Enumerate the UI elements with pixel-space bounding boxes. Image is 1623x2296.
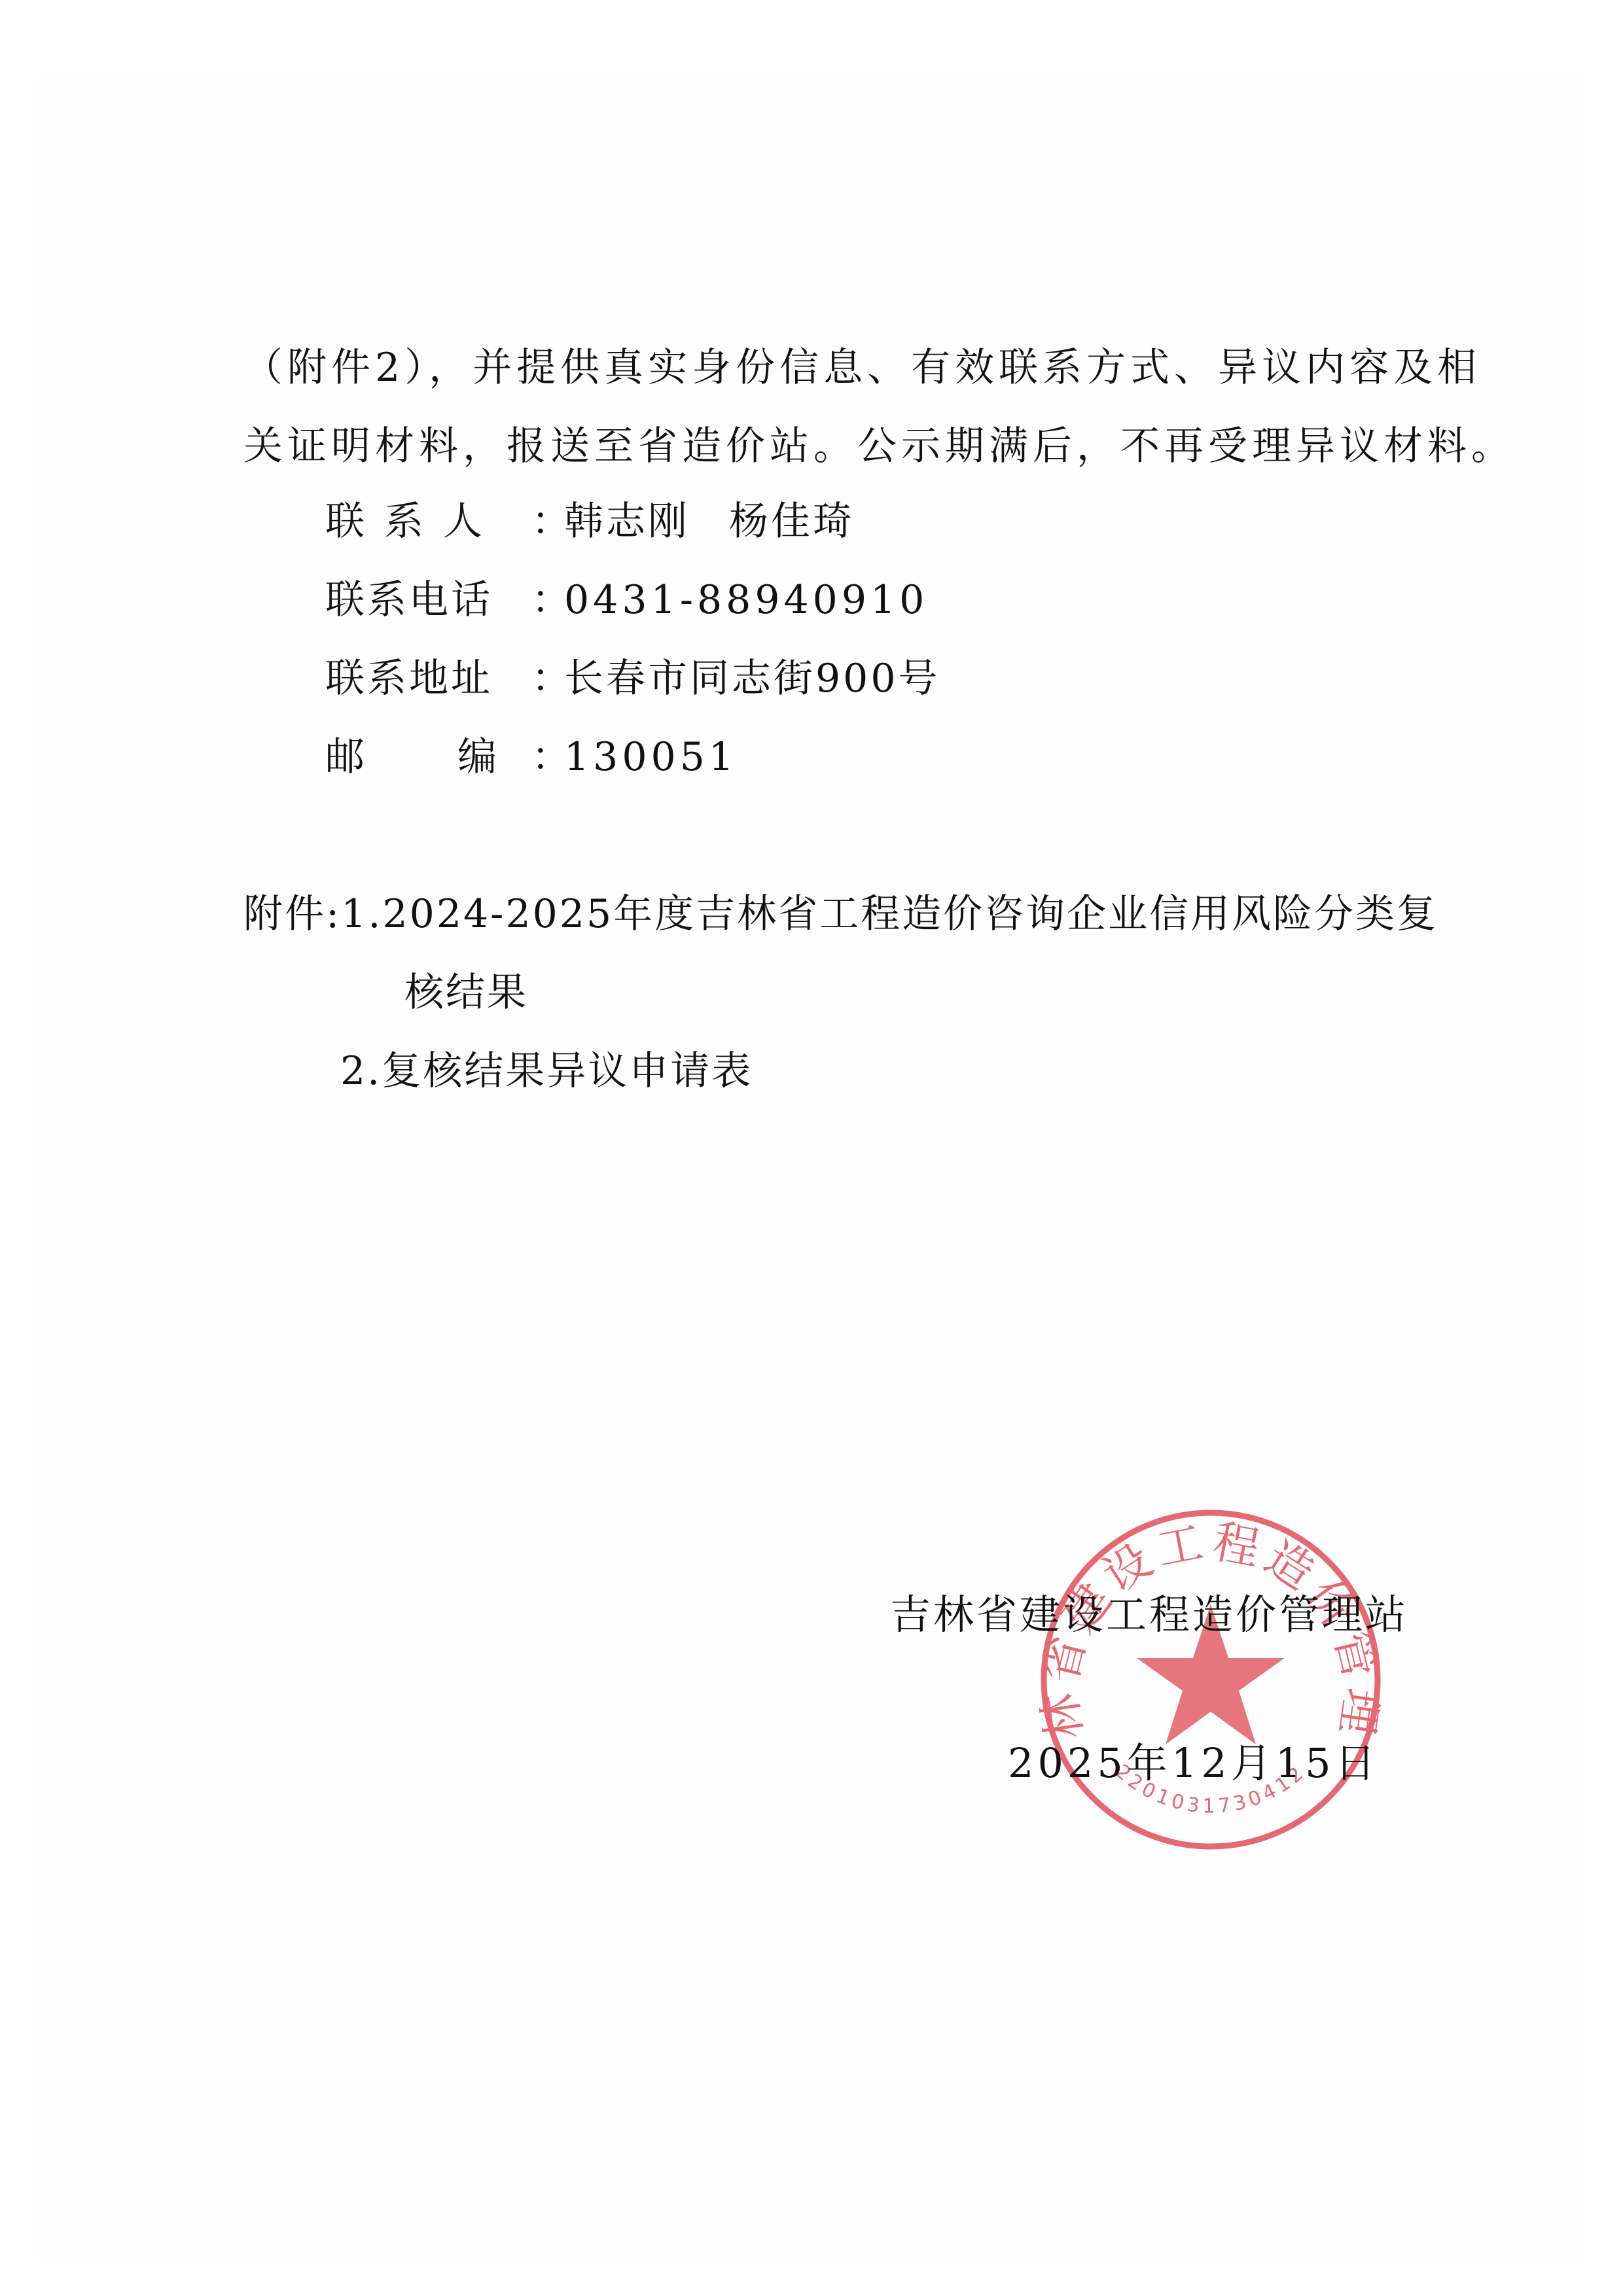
attachment-item-2: 2.复核结果异议申请表 [340,1045,753,1097]
attachment-title-2: 复核结果异议申请表 [382,1048,753,1094]
official-seal-stamp: 吉林省建设工程造价管理站 2201031730412 [1037,1506,1384,1853]
colon: ： [531,731,564,783]
body-paragraph-line-2: 关证明材料，报送至省造价站。公示期满后，不再受理异议材料。 [243,420,1515,472]
colon: ： [531,574,564,626]
contact-phone-label: 联系电话 [325,574,531,626]
signing-date: 2025年12月15日 [1008,1737,1380,1790]
document-page [39,79,1584,2257]
contact-person-label: 联系人 [325,495,531,548]
contact-address-value: 长春市同志街900号 [564,652,940,705]
contact-postcode-row: 邮编：130051 [325,731,738,783]
body-paragraph-line-1: （附件2），并提供真实身份信息、有效联系方式、异议内容及相 [243,342,1481,394]
attachment-title-1-line-1: 2024-2025年度吉林省工程造价咨询企业信用风险分类复 [382,891,1438,937]
signing-organization: 吉林省建设工程造价管理站 [890,1589,1408,1641]
contact-person-name-1: 韩志刚 [564,495,690,548]
contact-address-row: 联系地址：长春市同志街900号 [325,652,940,705]
contact-phone-value: 0431-88940910 [564,574,928,626]
attachment-number-2: 2. [340,1048,382,1094]
attachment-item-1: 附件:1.2024-2025年度吉林省工程造价咨询企业信用风险分类复 [243,888,1438,940]
attachment-number-1: 1. [341,891,382,937]
contact-person-row: 联系人：韩志刚杨佳琦 [325,495,855,548]
contact-phone-row: 联系电话：0431-88940910 [325,574,928,626]
contact-postcode-value: 130051 [564,731,738,783]
contact-postcode-label: 邮编 [325,731,531,783]
attachments-prefix: 附件: [243,891,341,937]
colon: ： [531,495,564,548]
contact-address-label: 联系地址 [325,652,531,705]
contact-person-name-2: 杨佳琦 [729,495,855,548]
colon: ： [531,652,564,705]
attachment-title-1-line-2: 核结果 [404,966,528,1019]
